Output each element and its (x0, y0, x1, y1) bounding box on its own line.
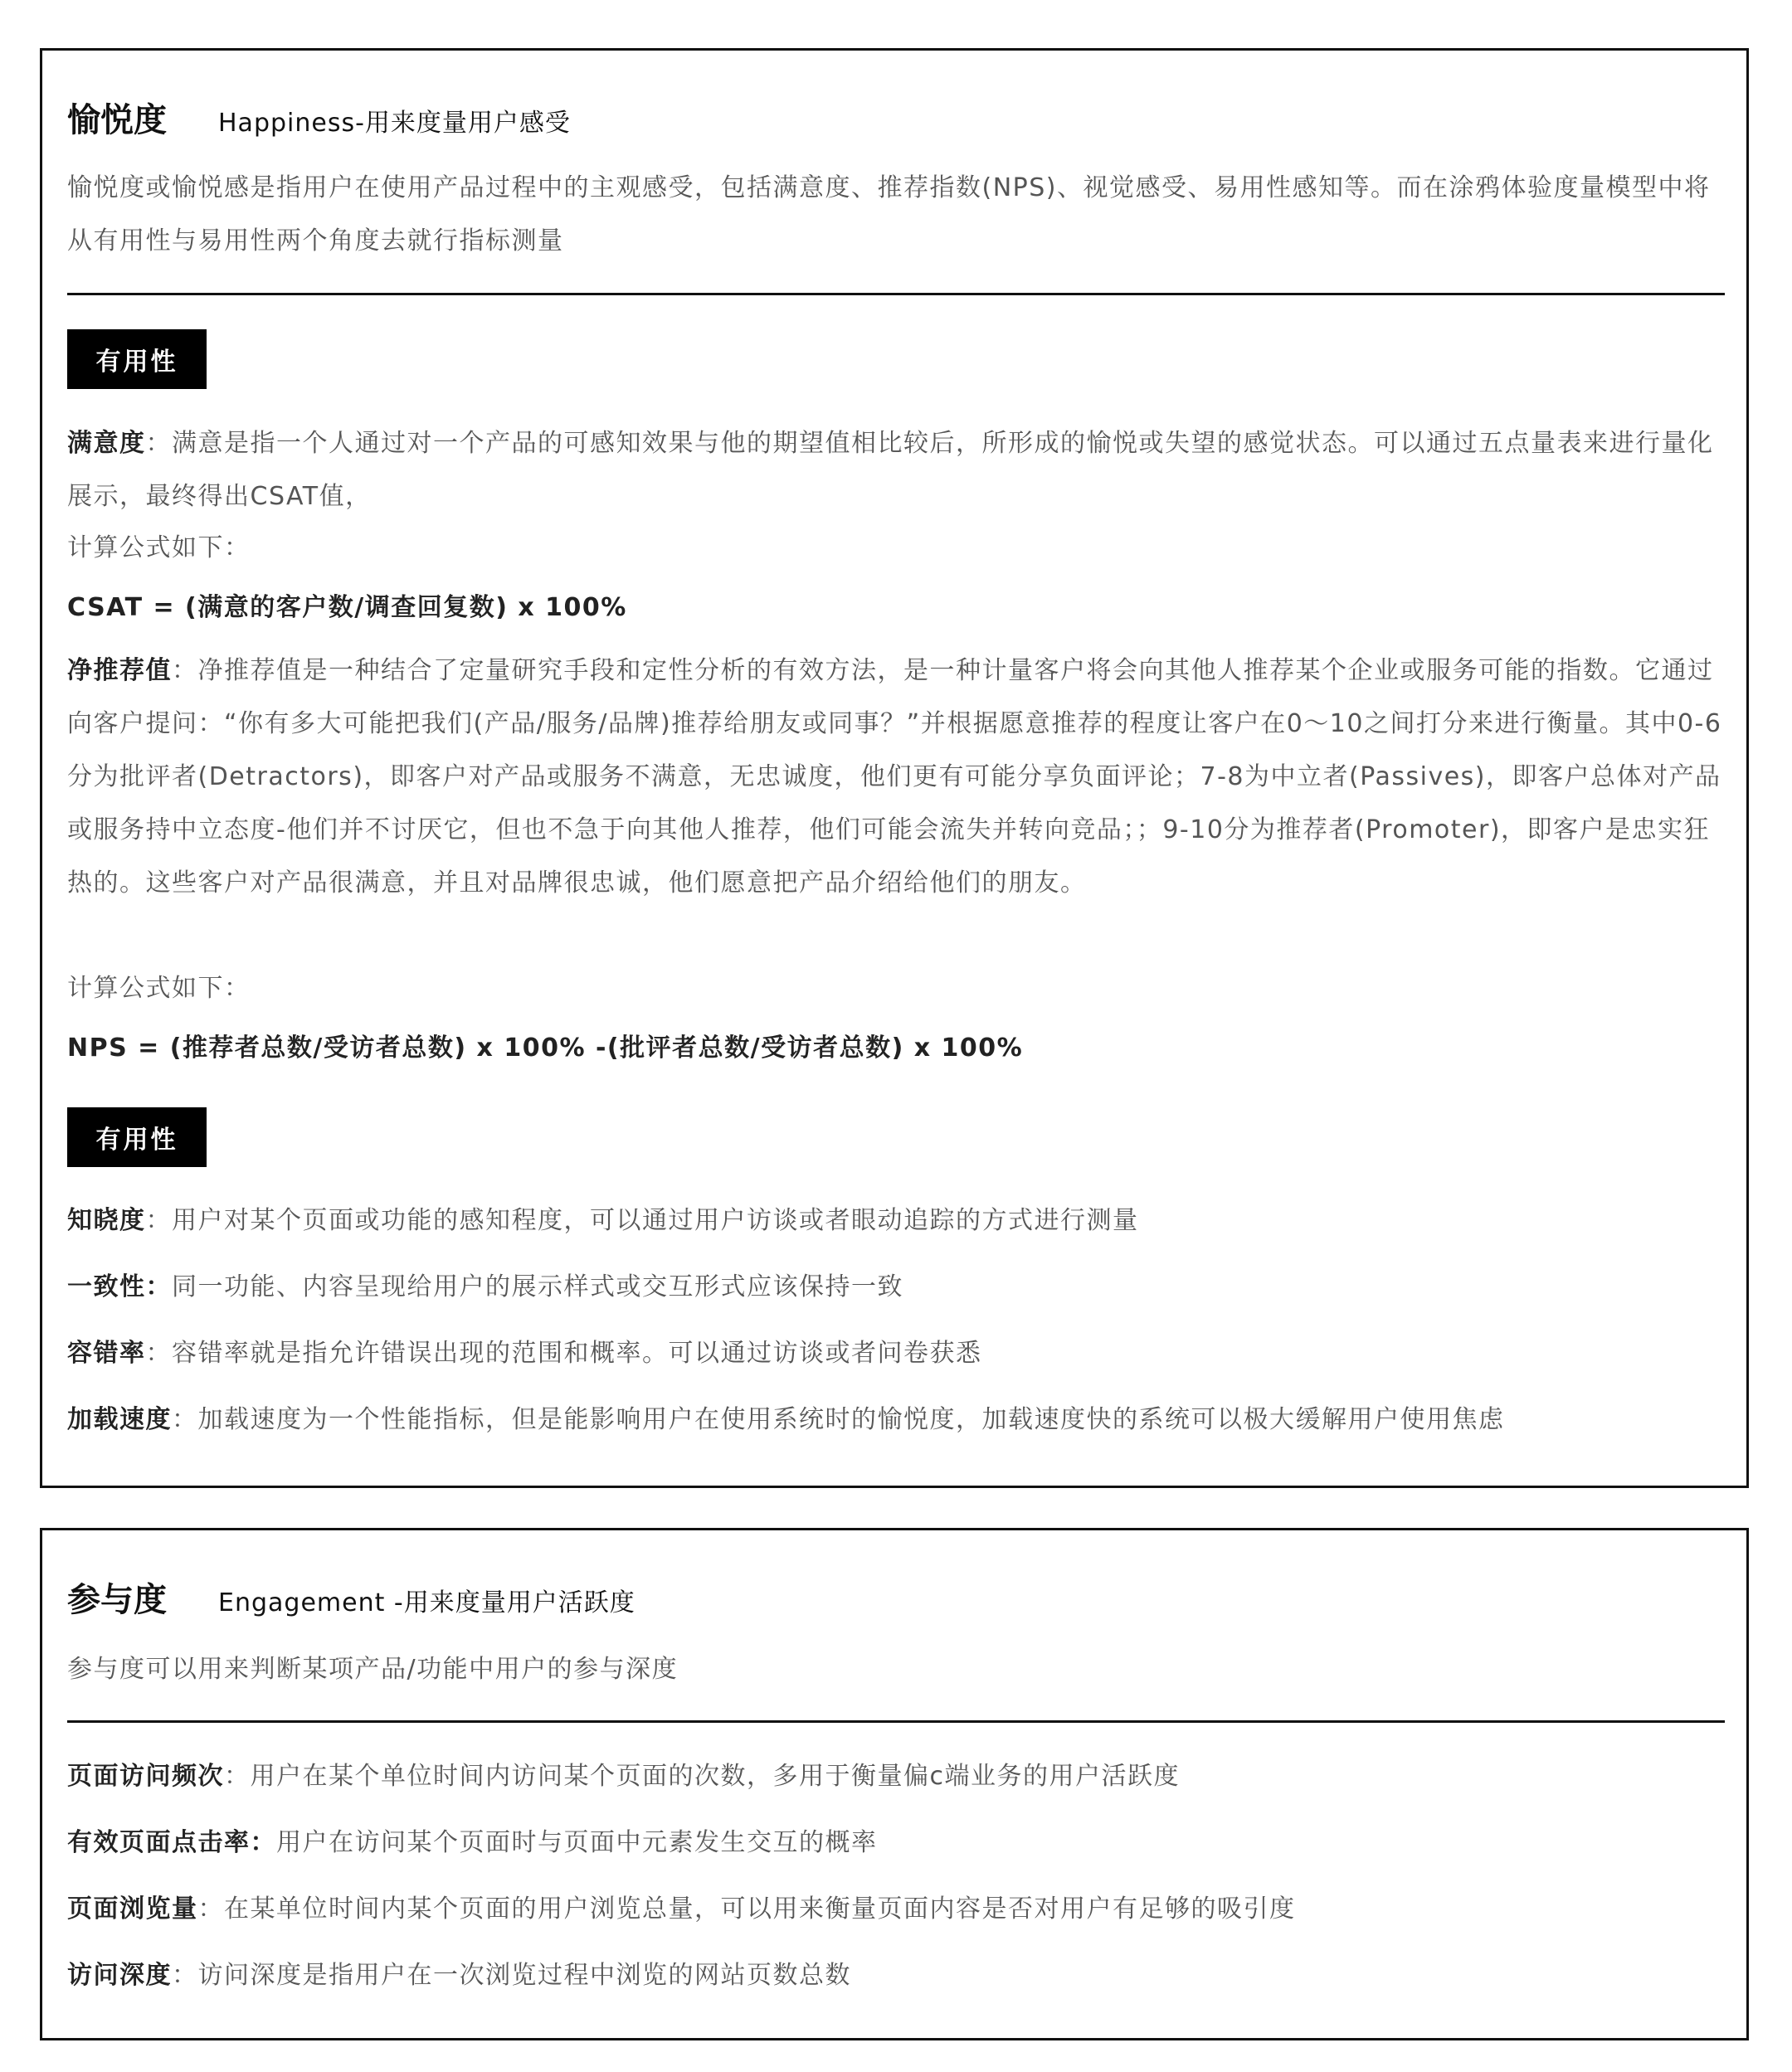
engagement-header: 参与度 Engagement -用来度量用户活跃度 (67, 1573, 635, 1621)
item-separator: ： (146, 1339, 173, 1368)
csat-formula-label: 计算公式如下： (67, 532, 251, 565)
item-text: 加载速度为一个性能指标，但是能影响用户在使用系统时的愉悦度，加载速度快的系统可以… (198, 1405, 1505, 1434)
list-item: 加载速度：加载速度为一个性能指标，但是能影响用户在使用系统时的愉悦度，加载速度快… (67, 1403, 1505, 1437)
section-badge-usefulness-2: 有用性 (67, 1107, 207, 1167)
item-text: 用户在某个单位时间内访问某个页面的次数，多用于衡量偏c端业务的用户活跃度 (251, 1762, 1181, 1791)
list-item: 一致性：同一功能、内容呈现给用户的展示样式或交互形式应该保持一致 (67, 1271, 903, 1304)
nps-formula: NPS = (推荐者总数/受访者总数) x 100% -(批评者总数/受访者总数… (67, 1027, 1023, 1063)
item-separator: ： (224, 1762, 251, 1791)
item-separator: ： (198, 1894, 225, 1924)
nps-separator: ： (172, 656, 198, 685)
item-text: 容错率就是指允许错误出现的范围和概率。可以通过访谈或者问卷获悉 (172, 1339, 982, 1368)
happiness-title: 愉悦度 (67, 94, 167, 141)
csat-term: 满意度 (67, 429, 146, 458)
engagement-title: 参与度 (67, 1573, 167, 1621)
happiness-header: 愉悦度 Happiness-用来度量用户感受 (67, 94, 571, 141)
item-term: 加载速度 (67, 1405, 172, 1434)
engagement-description: 参与度可以用来判断某项产品/功能中用户的参与深度 (67, 1643, 1726, 1696)
engagement-card: 参与度 Engagement -用来度量用户活跃度 参与度可以用来判断某项产品/… (40, 1528, 1749, 2040)
list-item: 页面浏览量：在某单位时间内某个页面的用户浏览总量，可以用来衡量页面内容是否对用户… (67, 1893, 1296, 1926)
nps-term: 净推荐值 (67, 656, 172, 685)
happiness-subtitle: Happiness-用来度量用户感受 (218, 102, 571, 139)
list-item: 容错率：容错率就是指允许错误出现的范围和概率。可以通过访谈或者问卷获悉 (67, 1337, 982, 1370)
item-text: 用户对某个页面或功能的感知程度，可以通过用户访谈或者眼动追踪的方式进行测量 (172, 1206, 1139, 1235)
nps-definition: 净推荐值：净推荐值是一种结合了定量研究手段和定性分析的有效方法，是一种计量客户将… (67, 644, 1726, 910)
happiness-card: 愉悦度 Happiness-用来度量用户感受 愉悦度或愉悦感是指用户在使用产品过… (40, 48, 1749, 1488)
engagement-divider (67, 1720, 1725, 1723)
item-text: 用户在访问某个页面时与页面中元素发生交互的概率 (276, 1828, 878, 1857)
item-term: 页面访问频次 (67, 1762, 224, 1791)
csat-definition: 满意度：满意是指一个人通过对一个产品的可感知效果与他的期望值相比较后，所形成的愉… (67, 417, 1726, 523)
list-item: 页面访问频次：用户在某个单位时间内访问某个页面的次数，多用于衡量偏c端业务的用户… (67, 1760, 1180, 1793)
item-term: 有效页面点击率： (67, 1828, 276, 1857)
happiness-description: 愉悦度或愉悦感是指用户在使用产品过程中的主观感受，包括满意度、推荐指数(NPS)… (67, 162, 1726, 268)
csat-text: 满意是指一个人通过对一个产品的可感知效果与他的期望值相比较后，所形成的愉悦或失望… (67, 429, 1714, 511)
item-separator: ： (172, 1405, 198, 1434)
list-item: 访问深度：访问深度是指用户在一次浏览过程中浏览的网站页数总数 (67, 1959, 851, 1992)
item-text: 访问深度是指用户在一次浏览过程中浏览的网站页数总数 (198, 1961, 852, 1990)
csat-separator: ： (146, 429, 173, 458)
nps-text: 净推荐值是一种结合了定量研究手段和定性分析的有效方法，是一种计量客户将会向其他人… (67, 656, 1721, 897)
list-item: 有效页面点击率：用户在访问某个页面时与页面中元素发生交互的概率 (67, 1826, 878, 1860)
nps-formula-label: 计算公式如下： (67, 972, 251, 1005)
item-separator: ： (146, 1206, 173, 1235)
item-term: 页面浏览量 (67, 1894, 198, 1924)
happiness-divider (67, 293, 1725, 295)
item-text: 同一功能、内容呈现给用户的展示样式或交互形式应该保持一致 (172, 1272, 903, 1301)
item-term: 访问深度 (67, 1961, 172, 1990)
list-item: 知晓度：用户对某个页面或功能的感知程度，可以通过用户访谈或者眼动追踪的方式进行测… (67, 1204, 1139, 1238)
item-text: 在某单位时间内某个页面的用户浏览总量，可以用来衡量页面内容是否对用户有足够的吸引… (224, 1894, 1296, 1924)
item-separator: ： (172, 1961, 198, 1990)
item-term: 一致性： (67, 1272, 172, 1301)
csat-formula: CSAT = (满意的客户数/调查回复数) x 100% (67, 586, 627, 623)
section-badge-usefulness: 有用性 (67, 329, 207, 389)
engagement-subtitle: Engagement -用来度量用户活跃度 (218, 1582, 635, 1618)
item-term: 容错率 (67, 1339, 146, 1368)
item-term: 知晓度 (67, 1206, 146, 1235)
